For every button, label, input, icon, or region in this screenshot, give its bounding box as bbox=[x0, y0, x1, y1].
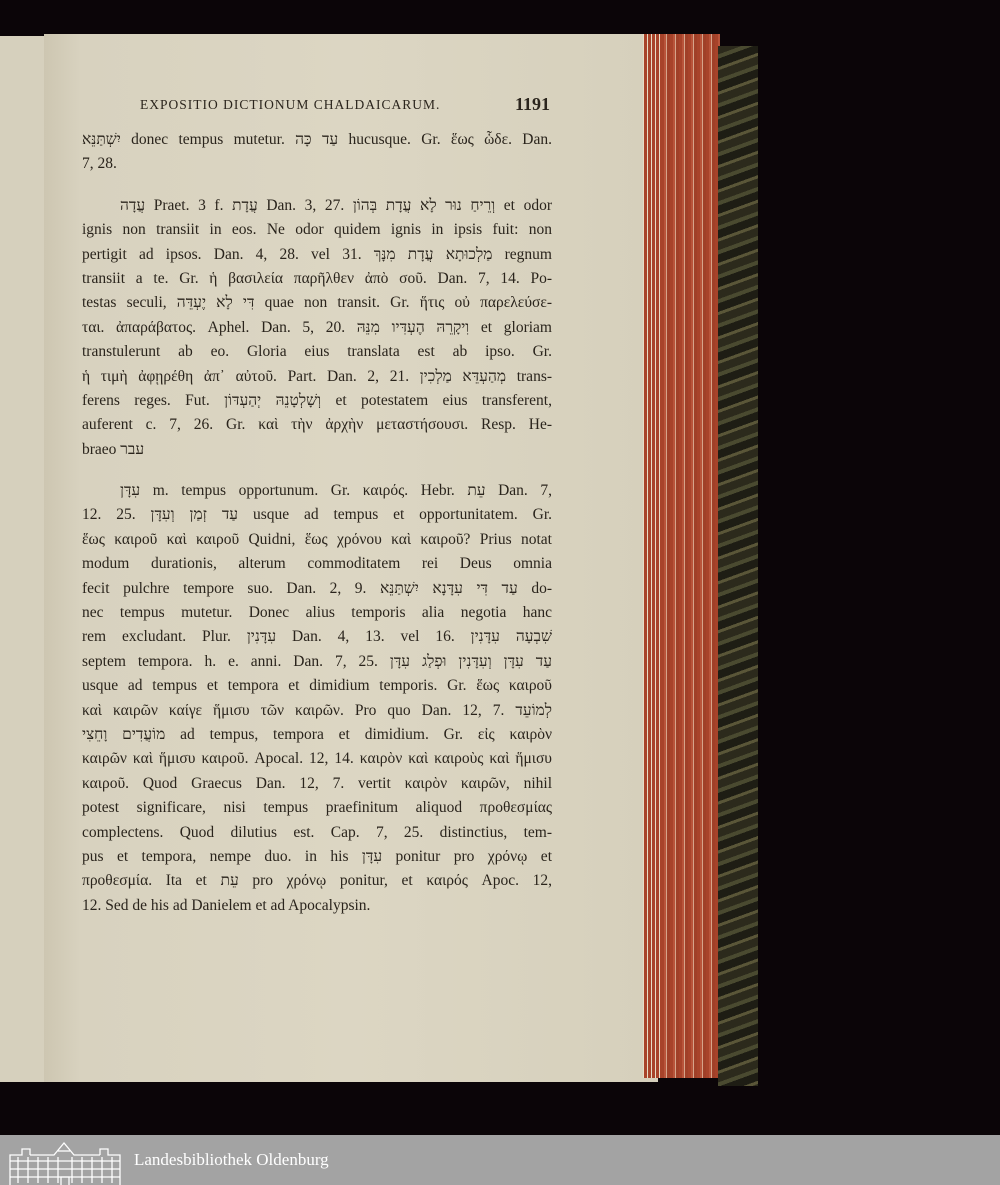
text-line: ignis non transiit in eos. Ne odor quide… bbox=[82, 218, 552, 242]
text-line: ferens reges. Fut. וְשָׁלְטָנֵהּ יְהַעְד… bbox=[82, 389, 552, 413]
text-line: septem tempora. h. e. anni. Dan. 7, 25. … bbox=[82, 650, 552, 674]
text-line: fecit pulchre tempore suo. Dan. 2, 9. עַ… bbox=[82, 577, 552, 601]
paragraph: עֲדָה Praet. 3 f. עֲדָת Dan. 3, 27. וְרֵ… bbox=[82, 194, 552, 462]
paragraph: יִשְׁתַּנֵּא donec tempus mutetur. עַד כ… bbox=[82, 128, 552, 177]
text-line: 7, 28. bbox=[82, 152, 552, 176]
text-line: עִדָּן m. tempus opportunum. Gr. καιρός.… bbox=[82, 479, 552, 503]
text-line: testas seculi, דִּי לָא יֶעְדֵּה quae no… bbox=[82, 291, 552, 315]
text-line: 12. Sed de his ad Danielem et ad Apocaly… bbox=[82, 894, 552, 918]
text-line: 12. 25. עַד זְמַן וְעִדָּן usque ad temp… bbox=[82, 503, 552, 527]
text-line: auferent c. 7, 26. Gr. καὶ τὴν ἀρχὴν μετ… bbox=[82, 413, 552, 437]
previous-page-edge bbox=[0, 36, 46, 1082]
text-line: braeo עבר bbox=[82, 438, 552, 462]
institution-name: Landesbibliothek Oldenburg bbox=[134, 1150, 329, 1170]
text-line: potest significare, nisi tempus praefini… bbox=[82, 796, 552, 820]
text-line: מוֹעֲדִים וָחֵצִי ad tempus, tempora et … bbox=[82, 723, 552, 747]
page-text: יִשְׁתַּנֵּא donec tempus mutetur. עַד כ… bbox=[82, 128, 552, 918]
scan-area: EXPOSITIO DICTIONUM CHALDAICARUM. 1191 י… bbox=[0, 0, 1000, 1135]
text-line: modum durationis, alterum commoditatem r… bbox=[82, 552, 552, 576]
text-line: rem excludant. Plur. עִדָּנִין Dan. 4, 1… bbox=[82, 625, 552, 649]
text-line: transiit a te. Gr. ἡ βασιλεία παρῆλθεν ἀ… bbox=[82, 267, 552, 291]
running-head: EXPOSITIO DICTIONUM CHALDAICARUM. 1191 bbox=[140, 97, 550, 113]
text-line: complectens. Quod dilutius est. Cap. 7, … bbox=[82, 821, 552, 845]
page-number: 1191 bbox=[515, 94, 550, 115]
text-line: pus et tempora, nempe duo. in his עִדָּן… bbox=[82, 845, 552, 869]
footer-bar: Landesbibliothek Oldenburg bbox=[0, 1135, 1000, 1185]
text-line: ἕως καιροῦ καὶ καιροῦ Quidni, ἕως χρόνου… bbox=[82, 528, 552, 552]
book-cover-edge bbox=[718, 46, 758, 1086]
text-line: καιρῶν καὶ ἥμισυ καιροῦ. Apocal. 12, 14.… bbox=[82, 747, 552, 771]
text-line: προθεσμία. Ita et עֵת pro χρόνῳ ponitur,… bbox=[82, 869, 552, 893]
text-line: ται. ἀπαράβατος. Aphel. Dan. 5, 20. וִיק… bbox=[82, 316, 552, 340]
text-line: transtulerunt ab eo. Gloria eius transla… bbox=[82, 340, 552, 364]
text-line: nec tempus mutetur. Donec alius temporis… bbox=[82, 601, 552, 625]
text-line: pertigit ad ipsos. Dan. 4, 28. vel 31. מ… bbox=[82, 243, 552, 267]
page-block-edge bbox=[643, 34, 720, 1078]
running-head-title: EXPOSITIO DICTIONUM CHALDAICARUM. bbox=[140, 97, 440, 112]
paragraph: עִדָּן m. tempus opportunum. Gr. καιρός.… bbox=[82, 479, 552, 918]
library-building-icon bbox=[8, 1141, 123, 1185]
text-line: καὶ καιρῶν καίγε ἥμισυ τῶν καιρῶν. Pro q… bbox=[82, 699, 552, 723]
text-line: καιροῦ. Quod Graecus Dan. 12, 7. vertit … bbox=[82, 772, 552, 796]
text-line: ἡ τιμὴ ἀφῃρέθη ἀπ᾽ αὐτοῦ. Part. Dan. 2, … bbox=[82, 365, 552, 389]
text-line: usque ad tempus et tempora et dimidium t… bbox=[82, 674, 552, 698]
text-line: עֲדָה Praet. 3 f. עֲדָת Dan. 3, 27. וְרֵ… bbox=[82, 194, 552, 218]
text-line: יִשְׁתַּנֵּא donec tempus mutetur. עַד כ… bbox=[82, 128, 552, 152]
